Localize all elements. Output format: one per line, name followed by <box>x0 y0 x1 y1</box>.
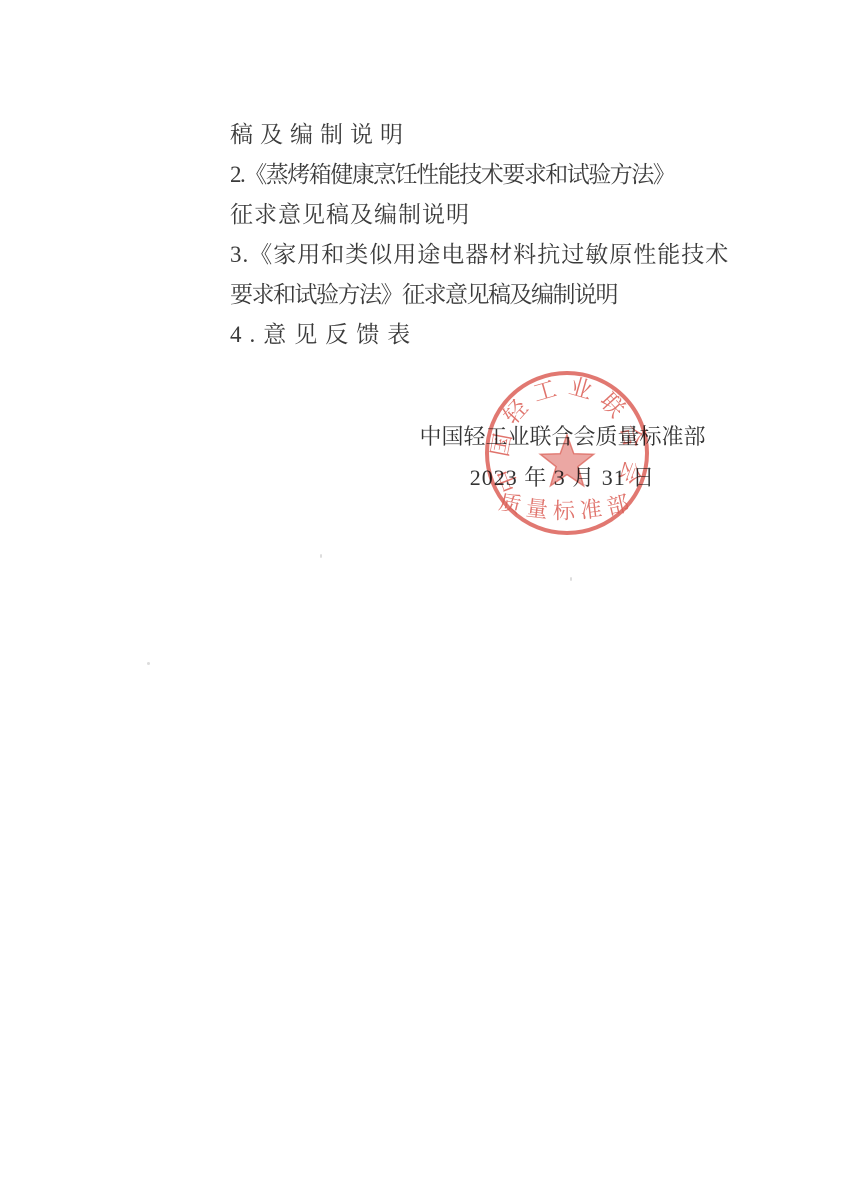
list-line: 要求和试验方法》征求意见稿及编制说明 <box>230 275 790 315</box>
official-seal: 中国轻工业联合会 质量标准部 <box>477 363 657 543</box>
list-line: 4.意见反馈表 <box>230 315 790 355</box>
list-line: 征求意见稿及编制说明 <box>230 195 790 235</box>
document-page: 稿及编制说明 2.《蒸烤箱健康烹饪性能技术要求和试验方法》 征求意见稿及编制说明… <box>0 0 848 1200</box>
star-icon <box>540 435 593 486</box>
scan-speck <box>147 662 150 665</box>
seal-bottom-text: 质量标准部 <box>497 489 638 523</box>
list-line: 稿及编制说明 <box>230 115 790 155</box>
seal-bottom-text-shape: 质量标准部 <box>497 489 638 523</box>
scan-speck <box>570 577 572 581</box>
attachment-list: 稿及编制说明 2.《蒸烤箱健康烹饪性能技术要求和试验方法》 征求意见稿及编制说明… <box>230 115 790 355</box>
list-line: 2.《蒸烤箱健康烹饪性能技术要求和试验方法》 <box>230 155 790 195</box>
scan-speck <box>320 554 322 558</box>
list-line: 3.《家用和类似用途电器材料抗过敏原性能技术 <box>230 235 790 275</box>
